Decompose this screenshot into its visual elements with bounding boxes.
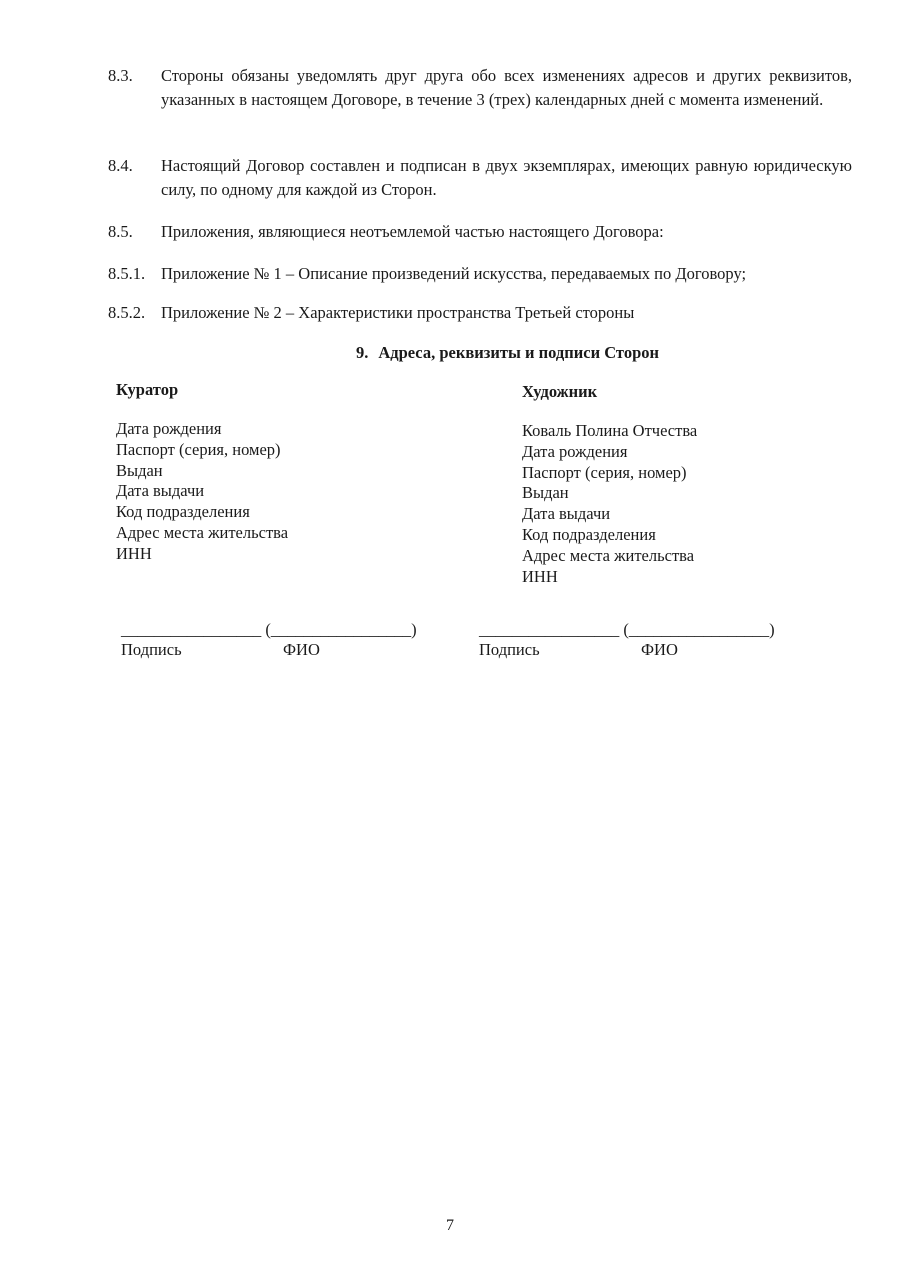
artist-field: Выдан: [522, 483, 697, 504]
signature-label: Подпись: [479, 640, 540, 660]
page-number: 7: [0, 1217, 900, 1235]
artist-field: Код подразделения: [522, 525, 697, 546]
curator-field: Паспорт (серия, номер): [116, 440, 288, 461]
artist-field: Паспорт (серия, номер): [522, 463, 697, 484]
signature-line: _________________ (_________________): [121, 620, 417, 640]
curator-field: Дата выдачи: [116, 481, 288, 502]
clause-text: Настоящий Договор составлен и подписан в…: [161, 154, 852, 202]
artist-field: Дата выдачи: [522, 504, 697, 525]
curator-field: ИНН: [116, 544, 288, 565]
curator-field: Дата рождения: [116, 419, 288, 440]
clause-text: Стороны обязаны уведомлять друг друга об…: [161, 64, 852, 112]
section-number: 9.: [356, 343, 368, 362]
clause-number: 8.5.1.: [108, 262, 145, 286]
name-label: ФИО: [283, 640, 320, 660]
artist-name: Коваль Полина Отчества: [522, 421, 697, 442]
curator-field: Выдан: [116, 461, 288, 482]
name-label: ФИО: [641, 640, 678, 660]
clause-text: Приложение № 2 – Характеристики простран…: [161, 301, 852, 325]
clause-8-4: 8.4. Настоящий Договор составлен и подпи…: [108, 154, 852, 202]
artist-field: Адрес места жительства: [522, 546, 697, 567]
clause-text: Приложения, являющиеся неотъемлемой част…: [161, 220, 852, 244]
clause-text: Приложение № 1 – Описание произведений и…: [161, 262, 852, 286]
artist-block: Художник Коваль Полина Отчества Дата рож…: [522, 382, 697, 587]
signature-label: Подпись: [121, 640, 182, 660]
curator-signature: _________________ (_________________) По…: [121, 620, 417, 660]
artist-field: Дата рождения: [522, 442, 697, 463]
artist-field: ИНН: [522, 567, 697, 588]
section-heading: 9.Адреса, реквизиты и подписи Сторон: [0, 341, 900, 365]
signature-line: _________________ (_________________): [479, 620, 775, 640]
clause-number: 8.4.: [108, 154, 133, 178]
artist-title: Художник: [522, 382, 697, 402]
curator-field: Адрес места жительства: [116, 523, 288, 544]
curator-block: Куратор Дата рождения Паспорт (серия, но…: [116, 380, 288, 565]
curator-title: Куратор: [116, 380, 288, 400]
clause-8-3: 8.3. Стороны обязаны уведомлять друг дру…: [108, 64, 852, 112]
curator-field: Код подразделения: [116, 502, 288, 523]
clause-8-5: 8.5. Приложения, являющиеся неотъемлемой…: [108, 220, 852, 244]
clause-number: 8.3.: [108, 64, 133, 88]
clause-number: 8.5.: [108, 220, 133, 244]
section-title: Адреса, реквизиты и подписи Сторон: [378, 343, 659, 362]
clause-number: 8.5.2.: [108, 301, 145, 325]
artist-signature: _________________ (_________________) По…: [479, 620, 775, 660]
clause-8-5-1: 8.5.1. Приложение № 1 – Описание произве…: [108, 262, 852, 286]
clause-8-5-2: 8.5.2. Приложение № 2 – Характеристики п…: [108, 301, 852, 325]
